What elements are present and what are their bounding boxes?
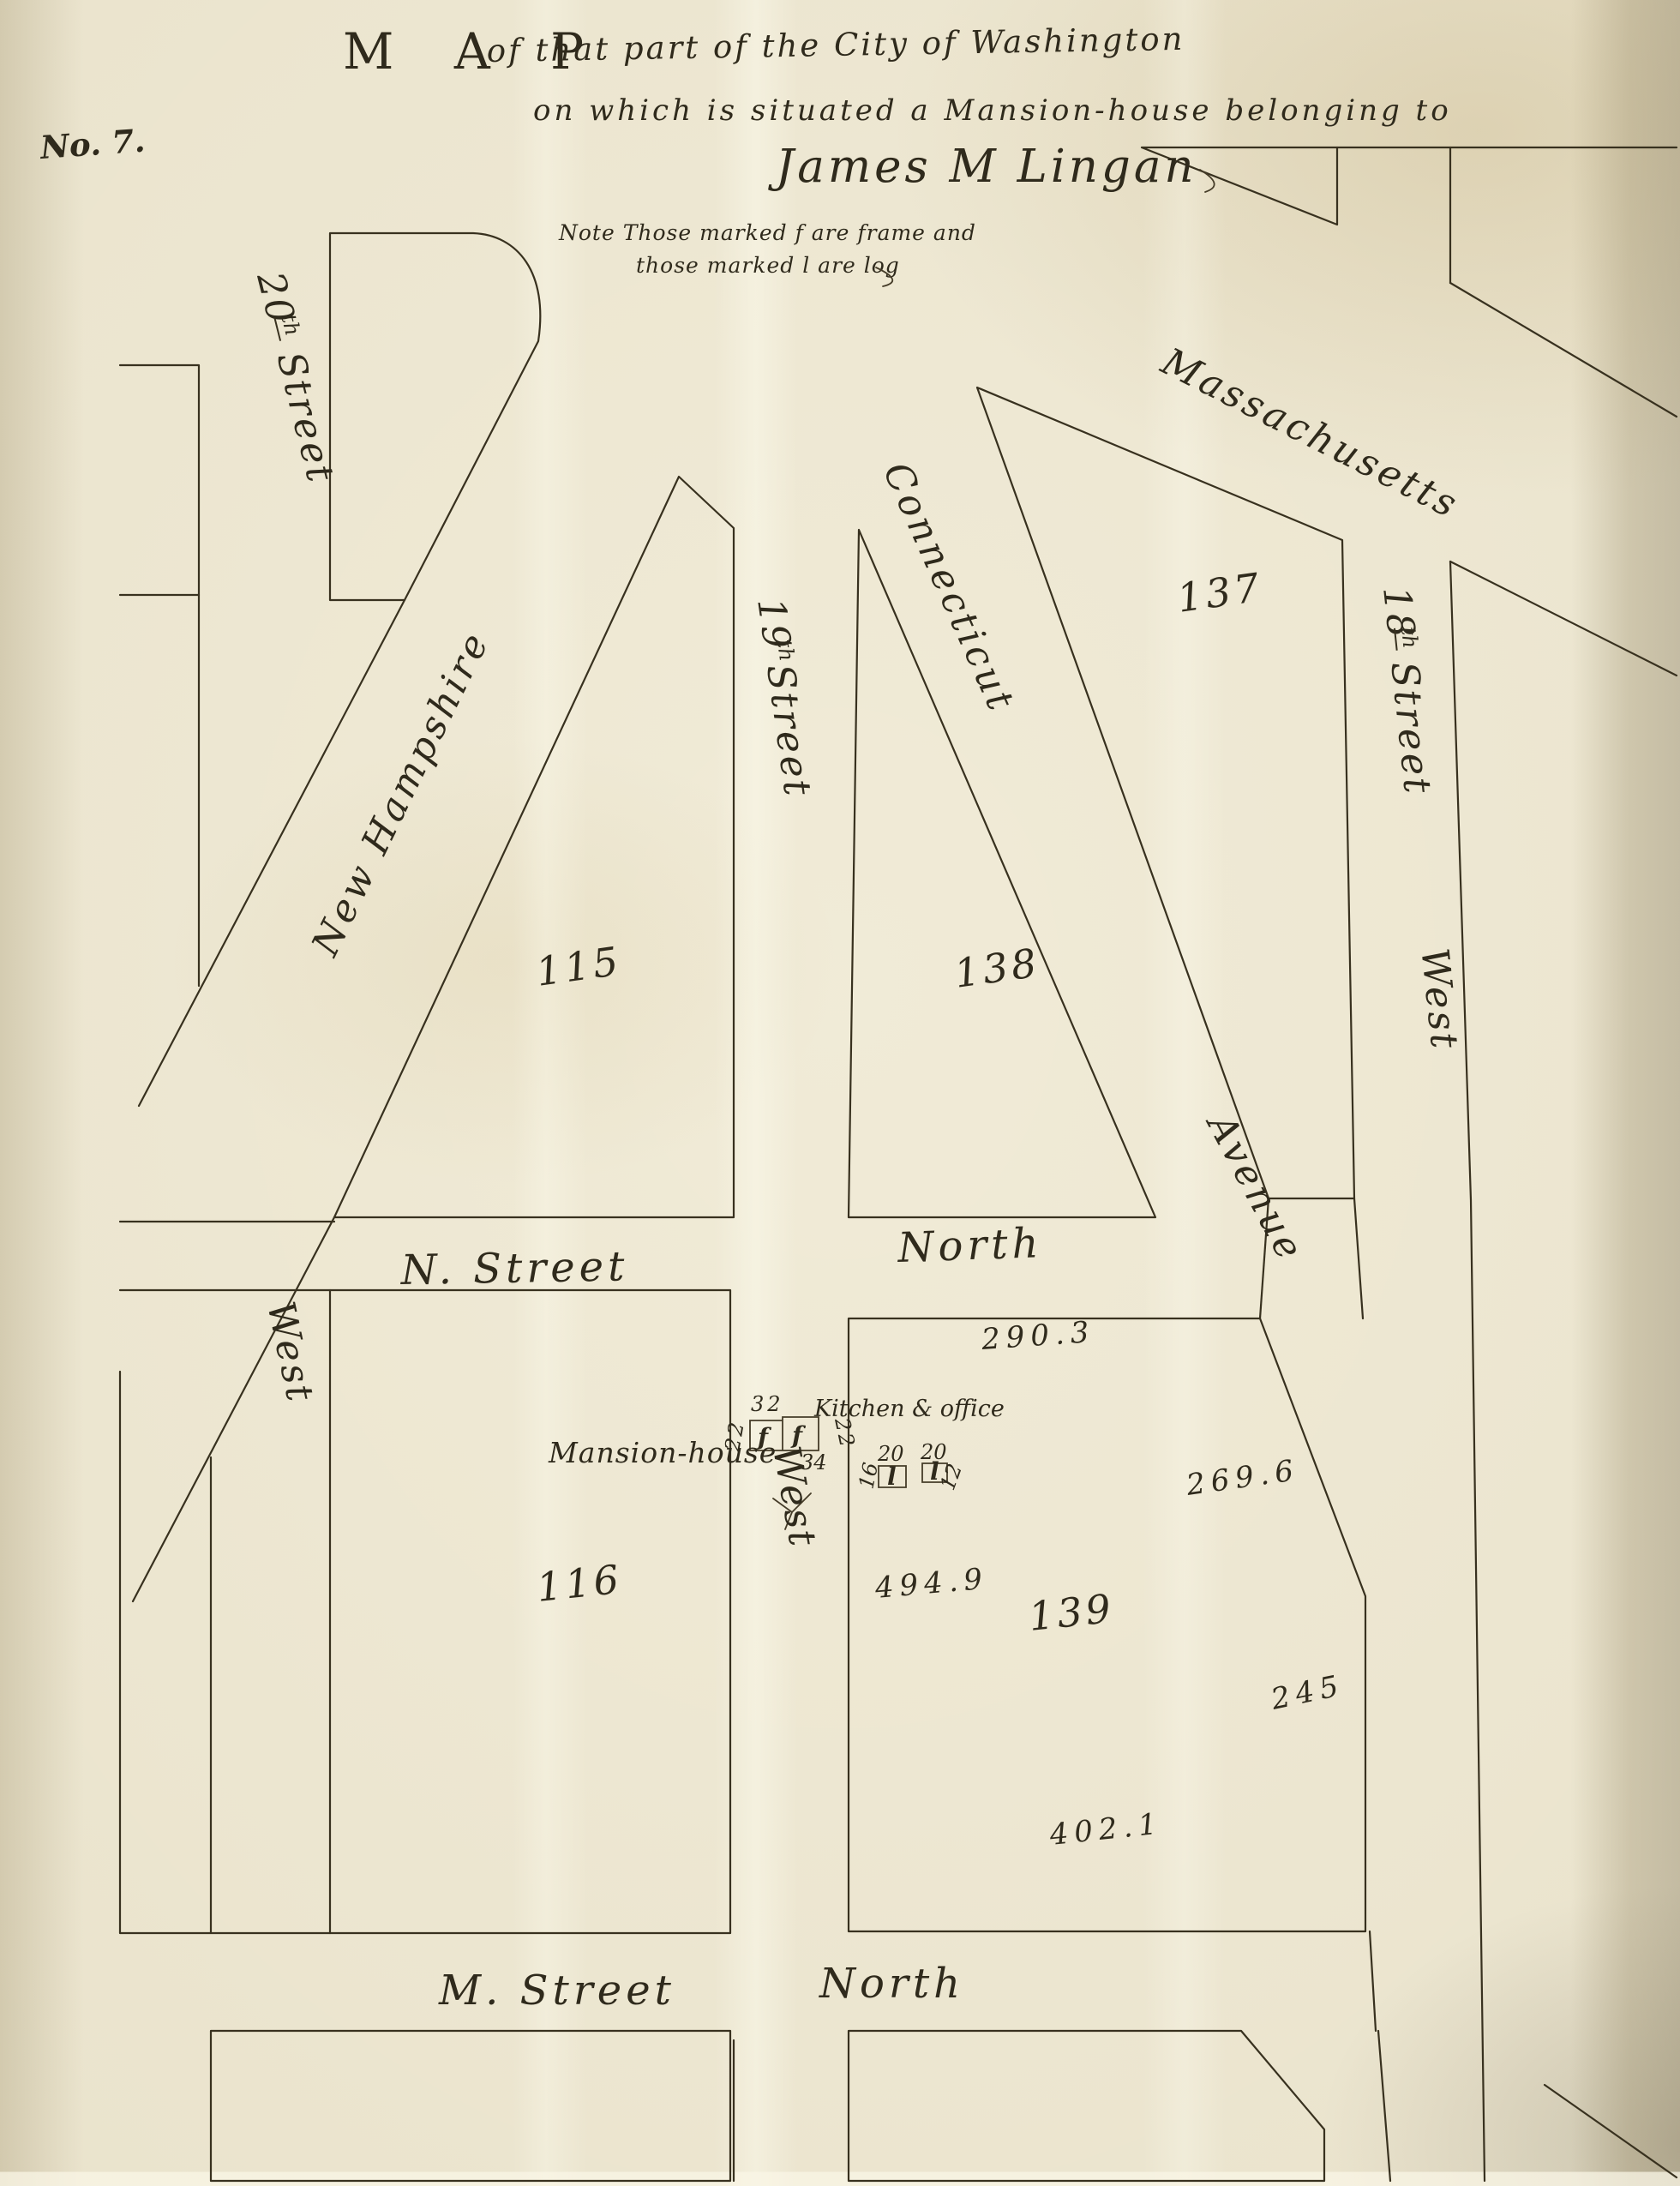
lot-139: 139 (1027, 1585, 1117, 1640)
lingan-mansion-map: No. 7. M A P of that part of the City of… (0, 0, 1680, 2186)
n-street-label: N. Street (399, 1242, 629, 1294)
title-line2: on which is situated a Mansion-house bel… (533, 93, 1452, 128)
massachusetts-ave-lines-east (1450, 283, 1677, 676)
avenue-label-connecticut: Connecticut (874, 456, 1023, 720)
street-label-19th: 19 th Street (748, 595, 819, 800)
massachusetts-label: Massachusetts (1154, 339, 1467, 528)
note-line2: those marked l are log (636, 253, 900, 278)
street-18th-sup: th (1396, 626, 1422, 650)
dimension-32: 32 (751, 1392, 784, 1416)
lot-137: 137 (1174, 564, 1265, 622)
street-label-20th: 20 th Street (248, 267, 343, 488)
dimension-12: 12 (935, 1461, 967, 1493)
street-label-20th-west: West (258, 1298, 322, 1408)
new-hampshire-label: New Hampshire (303, 624, 499, 964)
street-20th-sup: th (276, 311, 304, 338)
block-116-outline (330, 1290, 730, 1933)
sheet-number: No. 7. (39, 122, 147, 166)
street-20th-west: West (258, 1298, 322, 1408)
m-street-label: M. Street (438, 1967, 675, 2015)
street-19th-sup: th (772, 638, 799, 663)
new-hampshire-ave-east-line (133, 1217, 334, 1601)
n-street-north-label: North (896, 1219, 1043, 1272)
blocks-far-left-lower (120, 1372, 330, 1933)
street-20th-name: Street (268, 347, 343, 488)
log-mark-left: l (887, 1462, 897, 1491)
street-18th-name: Street (1382, 659, 1439, 797)
bottom-right-corner-diagonal (1545, 2085, 1677, 2177)
dimension-12-text: 12 (935, 1461, 967, 1493)
avenue-label-avenue: Avenue (1197, 1104, 1312, 1270)
block-bottom-right (849, 2031, 1324, 2181)
avenue-label-massachusetts: Massachusetts (1154, 339, 1467, 528)
measurement-245: 245 (1268, 1668, 1347, 1717)
title-line3: James M Lingan (768, 141, 1197, 193)
avenue-label-new-hampshire: New Hampshire (303, 624, 499, 964)
connecticut-label: Connecticut (874, 456, 1023, 720)
lot-115: 115 (533, 938, 624, 995)
map-sheet: No. 7. M A P of that part of the City of… (0, 0, 1680, 2186)
measurement-402-1: 402.1 (1047, 1806, 1165, 1853)
block-west-of-20th-top (120, 365, 199, 595)
block-northwest (330, 233, 540, 600)
map-linework (120, 147, 1677, 2181)
measurement-290-3: 290.3 (980, 1315, 1096, 1357)
m-street-north-label: North (819, 1960, 964, 2008)
street-19th-name: Street (758, 662, 819, 801)
log-mark-right: l (930, 1457, 939, 1486)
block-bottom-left (211, 2031, 730, 2181)
dimension-34: 34 (801, 1450, 827, 1474)
avenue-label: Avenue (1197, 1104, 1312, 1270)
measurement-269-6: 269.6 (1184, 1453, 1302, 1503)
lot-138: 138 (951, 940, 1042, 997)
note-line1: Note Those marked f are frame and (558, 220, 976, 245)
lot-116: 116 (535, 1556, 625, 1611)
block-137-outline (977, 387, 1354, 1198)
block-138-outline (849, 530, 1155, 1217)
measurement-494-9: 494.9 (873, 1562, 989, 1606)
street-18th-west: West (1412, 946, 1466, 1053)
